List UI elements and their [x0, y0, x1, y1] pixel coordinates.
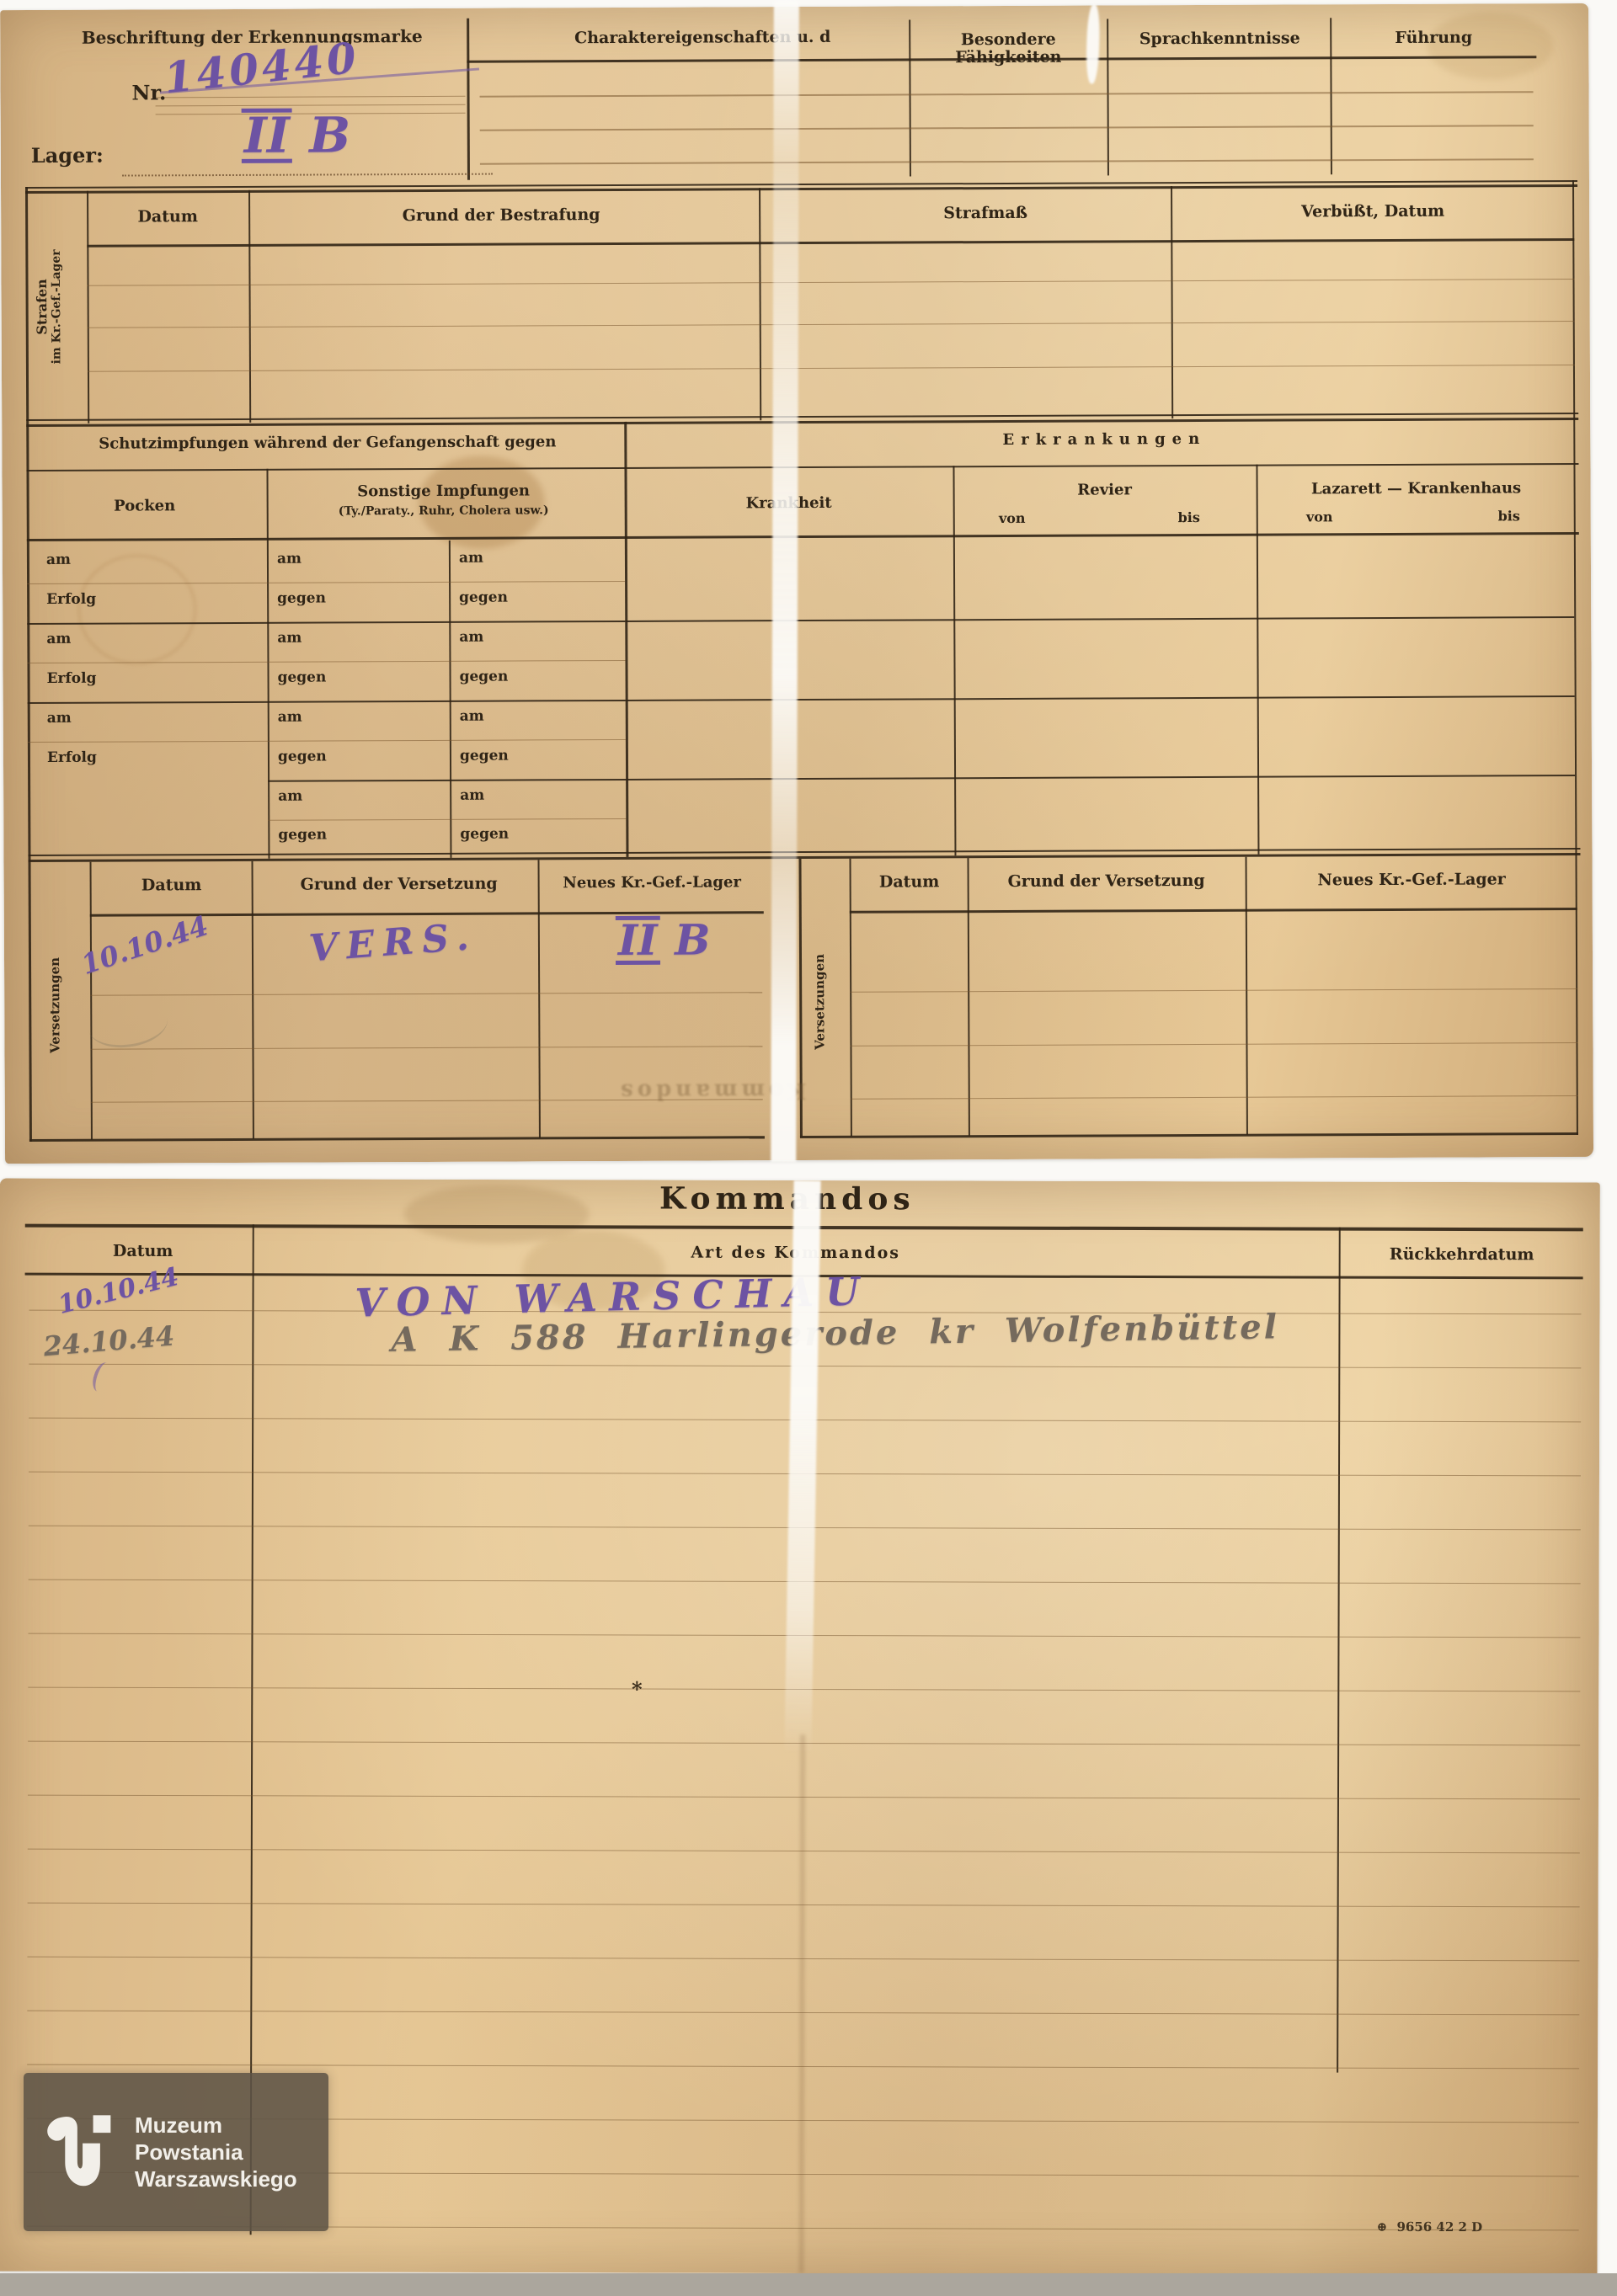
print-code: 9656 42 2 D — [1396, 2219, 1482, 2235]
kommandos-col-date: Datum — [38, 1243, 248, 1261]
print-code-line: ⊕ 9656 42 2 D — [1377, 2219, 1483, 2235]
scanned-pow-card: Beschriftung der Erkennungsmarke Nr. 140… — [0, 0, 1617, 2296]
scan-edge-strip — [0, 2273, 1617, 2296]
printers-mark-icon: ⊕ — [1377, 2219, 1388, 2235]
page-title: Kommandos — [556, 1181, 1019, 1217]
kotwica-logo-icon — [37, 2105, 125, 2199]
footnote-mark: * — [627, 1678, 647, 1701]
museum-name: Muzeum Powstania Warszawskiego — [135, 2112, 297, 2192]
kommandos-col-return: Rückkehrdatum — [1347, 1246, 1577, 1265]
card-page-2: Kommandos Datum Art des Kommandos Rückke… — [0, 0, 1617, 2296]
museum-watermark: Muzeum Powstania Warszawskiego — [24, 2073, 328, 2231]
